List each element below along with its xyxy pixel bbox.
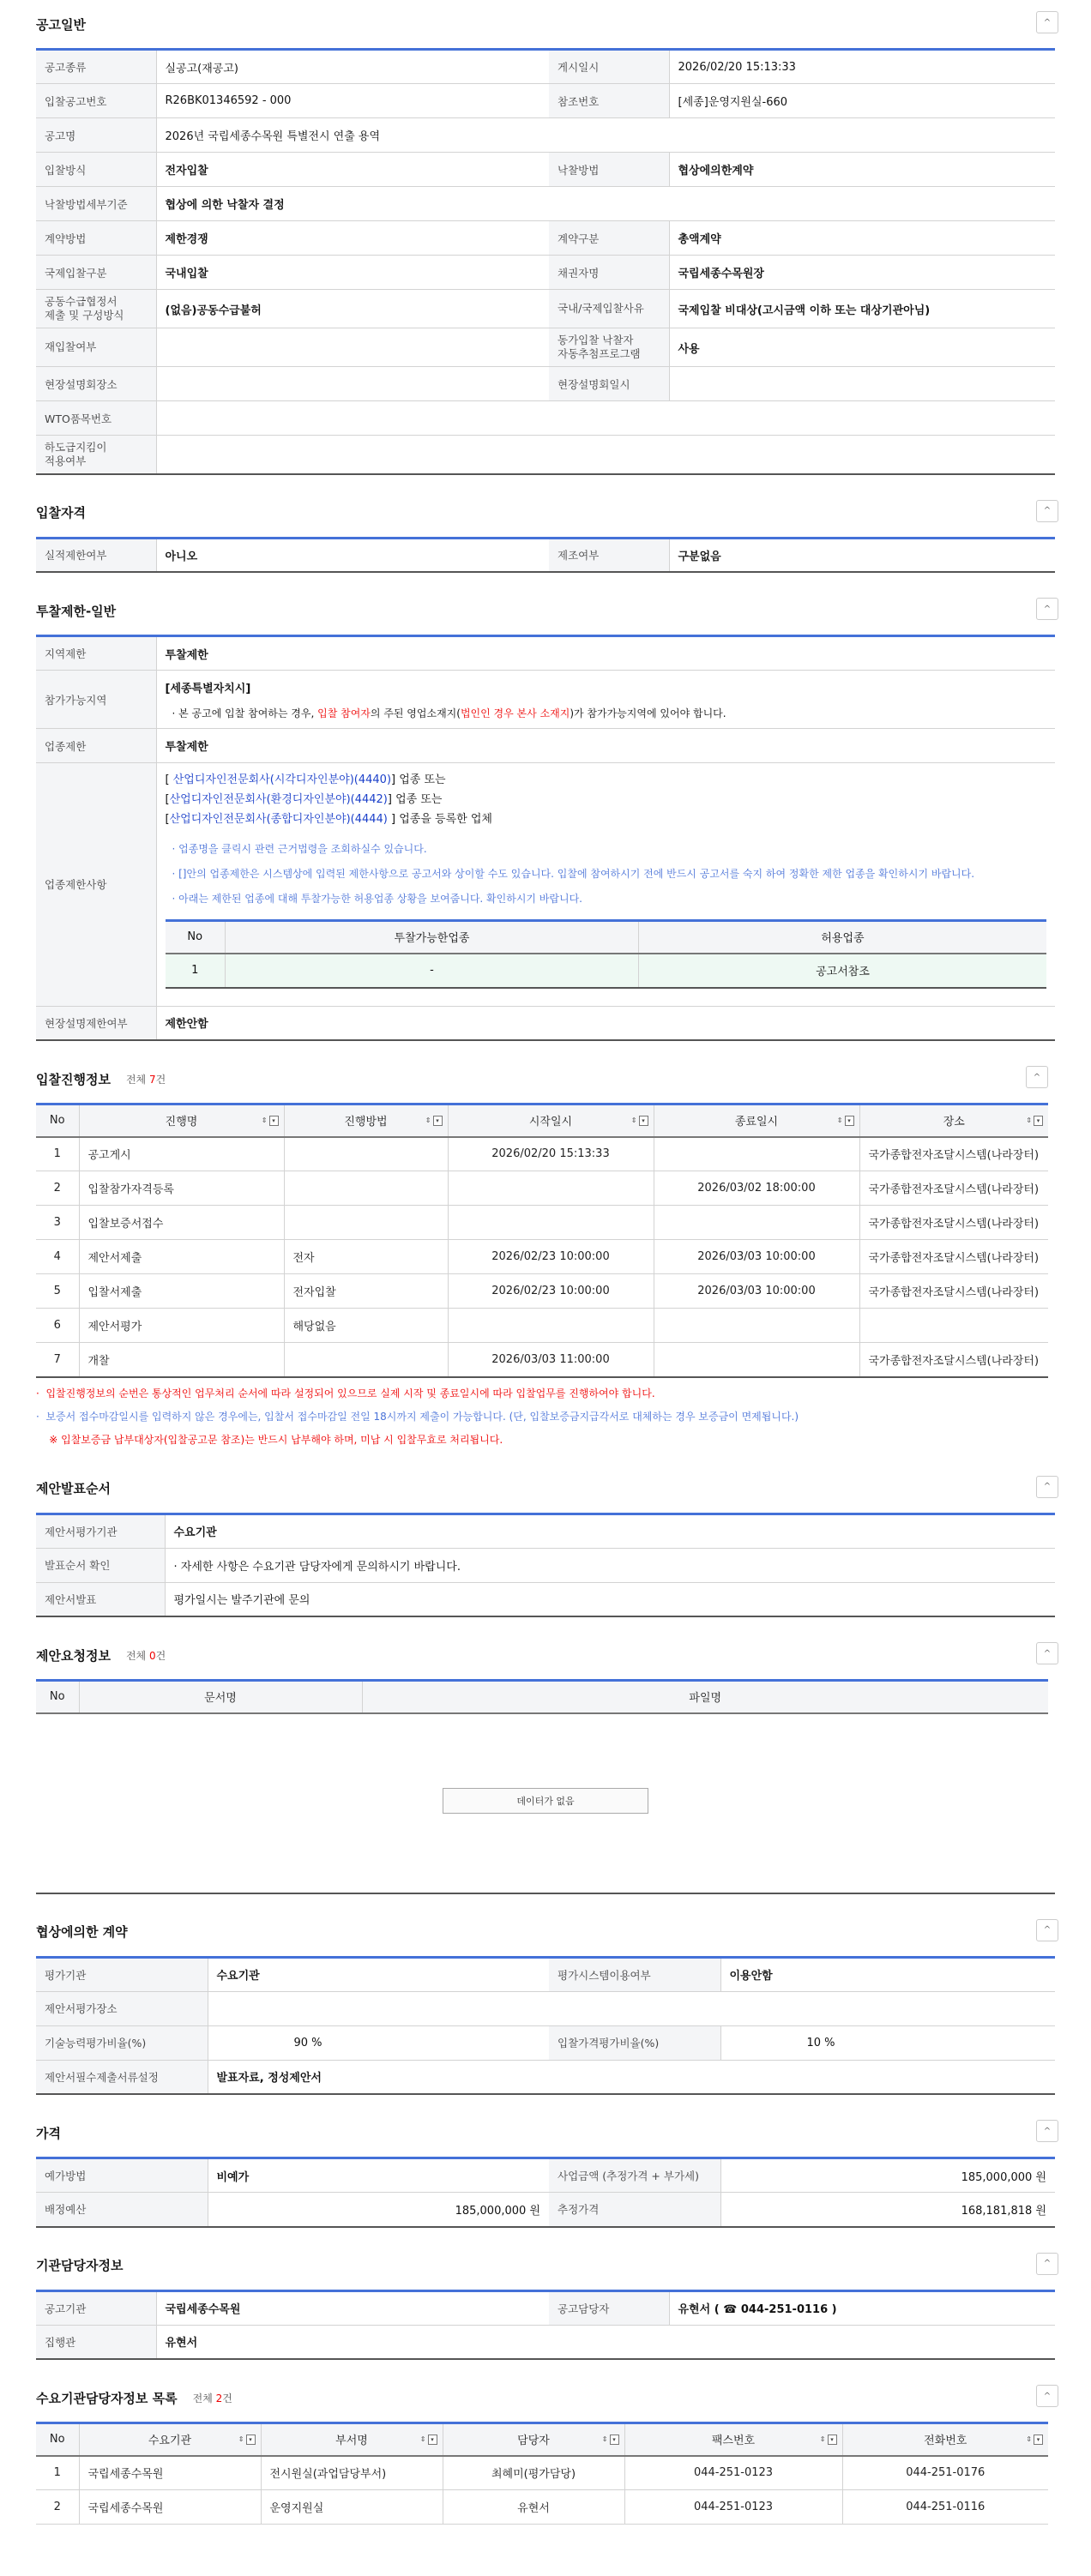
field-value: 국립세종수목원장	[669, 256, 1055, 290]
field-label: 평가기관	[36, 1957, 208, 1991]
column-header[interactable]: 진행명⇕▾	[79, 1104, 284, 1137]
info-row: 공고기관국립세종수목원공고담당자유현서 ( ☎ 044-251-0116 )	[36, 2290, 1055, 2325]
column-header: No	[166, 921, 226, 954]
info-row: 입찰방식전자입찰낙찰방법협상에의한계약	[36, 153, 1055, 187]
label-industry: 업종제한	[36, 729, 156, 763]
field-label: 국제입찰구분	[36, 256, 156, 290]
table-row: 1공고게시2026/02/20 15:13:33국가종합전자조달시스템(나라장터…	[36, 1137, 1048, 1171]
field-value: · 자세한 사항은 수요기관 담당자에게 문의하시기 바랍니다.	[165, 1548, 1055, 1582]
column-header[interactable]: 수요기관⇕▾	[79, 2423, 261, 2456]
sort-control[interactable]: ⇕▾	[1026, 2435, 1043, 2445]
field-label: 입찰가격평가비율(%)	[549, 2025, 720, 2060]
restriction-table: 지역제한 투찰제한 참가가능지역 [세종특별자치시] · 본 공고에 입찰 참여…	[36, 635, 1055, 1041]
collapse-button[interactable]: ^	[1036, 2253, 1058, 2275]
collapse-button[interactable]: ^	[1026, 1066, 1048, 1088]
field-value	[156, 436, 1055, 474]
field-value: 구분없음	[669, 538, 1055, 572]
table-cell	[654, 1309, 859, 1343]
column-header-label: 장소	[943, 1116, 965, 1129]
section-negotiation: 협상에의한 계약 ^ 평가기관수요기관평가시스템이용여부이용안함제안서평가장소기…	[36, 1908, 1055, 2096]
area-note: · 본 공고에 입찰 참여하는 경우, 입찰 참여자의 주된 영업소재지(법인인…	[166, 706, 1047, 720]
table-row: 5입찰서제출전자입찰2026/02/23 10:00:002026/03/03 …	[36, 1274, 1048, 1309]
sort-icon[interactable]: ⇕	[631, 1117, 637, 1124]
column-header: 허용업종	[639, 921, 1047, 954]
field-value: 비예가	[208, 2158, 549, 2193]
info-row: 제안서평가장소	[36, 1991, 1055, 2025]
table-cell: 2026/02/23 10:00:00	[448, 1240, 654, 1274]
field-value: 사용	[669, 328, 1055, 367]
column-header-label: 문서명	[204, 1692, 237, 1705]
column-header-label: 담당자	[517, 2435, 550, 2447]
field-value	[156, 367, 549, 401]
collapse-button[interactable]: ^	[1036, 2120, 1058, 2142]
section-contacts: 수요기관담당자정보 목록 전체 2건 ^ No수요기관⇕▾부서명⇕▾담당자⇕▾팩…	[36, 2374, 1055, 2576]
table-cell: 전자입찰	[284, 1274, 448, 1309]
section-title: 제안요청정보	[36, 1646, 111, 1664]
chevron-up-icon: ^	[1044, 1482, 1051, 1491]
column-header[interactable]: 진행방법⇕▾	[284, 1104, 448, 1137]
table-cell: 6	[36, 1309, 79, 1343]
info-row: 발표순서 확인· 자세한 사항은 수요기관 담당자에게 문의하시기 바랍니다.	[36, 1548, 1055, 1582]
field-value: 국립세종수목원	[156, 2290, 549, 2325]
table-cell: 입찰보증서접수	[79, 1206, 284, 1240]
field-value: 총액계약	[669, 221, 1055, 256]
table-cell: 2	[36, 1171, 79, 1206]
column-header-label: No	[50, 1114, 65, 1127]
column-header-label: 진행명	[166, 1116, 198, 1129]
chevron-up-icon: ^	[1044, 1925, 1051, 1935]
industry-notes: · 업종명을 클릭시 관련 근거법령을 조회하실수 있습니다.· []안의 업종…	[166, 828, 1047, 911]
agency-table: 공고기관국립세종수목원공고담당자유현서 ( ☎ 044-251-0116 )집행…	[36, 2290, 1055, 2361]
sort-icon[interactable]: ⇕	[262, 1117, 268, 1124]
industry-link[interactable]: 산업디자인전문회사(시각디자인분야)(4440)	[173, 773, 391, 786]
filter-dropdown-icon[interactable]: ▾	[246, 2435, 256, 2445]
value-region: 투찰제한	[156, 636, 1055, 671]
collapse-button[interactable]: ^	[1036, 2385, 1058, 2407]
sort-icon[interactable]: ⇕	[602, 2436, 608, 2443]
table-cell: 2	[36, 2490, 79, 2525]
sort-icon[interactable]: ⇕	[1026, 1117, 1032, 1124]
chevron-up-icon: ^	[1044, 605, 1051, 614]
sort-control[interactable]: ⇕▾	[262, 1116, 279, 1126]
field-value: 185,000,000 원	[208, 2193, 549, 2227]
sort-icon[interactable]: ⇕	[425, 1117, 431, 1124]
info-row: 공고종류실공고(재공고)게시일시2026/02/20 15:13:33	[36, 50, 1055, 84]
section-progress: 입찰진행정보 전체 7건 ^ No진행명⇕▾진행방법⇕▾시작일시⇕▾종료일시⇕▾…	[36, 1055, 1055, 1451]
field-label: 사업금액 (추정가격 + 부가세)	[549, 2158, 720, 2193]
info-row: 실적제한여부아니오제조여부구분없음	[36, 538, 1055, 572]
chevron-up-icon: ^	[1034, 1073, 1040, 1082]
table-cell	[654, 1137, 859, 1171]
table-cell: 2026/02/23 10:00:00	[448, 1274, 654, 1309]
field-label: 입찰방식	[36, 153, 156, 187]
collapse-button[interactable]: ^	[1036, 1919, 1058, 1941]
section-title: 투찰제한-일반	[36, 602, 116, 620]
field-label: 계약방법	[36, 221, 156, 256]
info-row: 재입찰여부동가입찰 낙찰자자동추첨프로그램사용	[36, 328, 1055, 367]
column-header[interactable]: 시작일시⇕▾	[448, 1104, 654, 1137]
section-title: 입찰자격	[36, 503, 86, 521]
field-label: 현장설명회일시	[549, 367, 669, 401]
field-label: 추정가격	[549, 2193, 720, 2227]
collapse-button[interactable]: ^	[1036, 598, 1058, 620]
table-cell	[284, 1171, 448, 1206]
table-cell: 전자	[284, 1240, 448, 1274]
label-site: 현장설명제한여부	[36, 1006, 156, 1040]
table-cell: 국립세종수목원	[79, 2490, 261, 2525]
field-label: 공고기관	[36, 2290, 156, 2325]
table-cell: 해당없음	[284, 1309, 448, 1343]
section-presentation: 제안발표순서 ^ 제안서평가기관수요기관발표순서 확인· 자세한 사항은 수요기…	[36, 1465, 1055, 1618]
contacts-table: No수요기관⇕▾부서명⇕▾담당자⇕▾팩스번호⇕▾전화번호⇕▾1국립세종수목원전시…	[36, 2422, 1048, 2525]
field-label: 게시일시	[549, 50, 669, 84]
field-label: 채권자명	[549, 256, 669, 290]
section-title: 공고일반	[36, 15, 86, 33]
industry-link[interactable]: 산업디자인전문회사(종합디자인분야)(4444)	[170, 813, 388, 826]
info-row: 기술능력평가비율(%)90 %입찰가격평가비율(%)10 %	[36, 2025, 1055, 2060]
table-cell	[654, 1343, 859, 1377]
table-cell: 5	[36, 1274, 79, 1309]
table-cell: 4	[36, 1240, 79, 1274]
info-row: 국제입찰구분국내입찰채권자명국립세종수목원장	[36, 256, 1055, 290]
sort-control[interactable]: ⇕▾	[820, 2435, 837, 2445]
bracket: [	[166, 773, 173, 786]
column-header: No	[36, 2423, 79, 2456]
field-value: 협상에의한계약	[669, 153, 1055, 187]
industry-list: [ 산업디자인전문회사(시각디자인분야)(4440)] 업종 또는[산업디자인전…	[166, 768, 1047, 828]
field-value: 168,181,818 원	[720, 2193, 1055, 2227]
field-label: 국내/국제입찰사유	[549, 290, 669, 328]
column-header[interactable]: 팩스번호⇕▾	[624, 2423, 842, 2456]
table-row: 2국립세종수목원운영지원실유현서044-251-0123044-251-0116	[36, 2490, 1048, 2525]
filter-dropdown-icon[interactable]: ▾	[428, 2435, 437, 2445]
table-cell	[448, 1206, 654, 1240]
progress-notices: · 입찰진행정보의 순번은 통상적인 업무처리 순서에 따라 설정되어 있으므로…	[36, 1378, 1055, 1451]
field-label: WTO품목번호	[36, 401, 156, 436]
field-label: 동가입찰 낙찰자자동추첨프로그램	[549, 328, 669, 367]
table-cell: 1	[166, 954, 226, 988]
table-row: 4제안서제출전자2026/02/23 10:00:002026/03/03 10…	[36, 1240, 1048, 1274]
table-cell	[284, 1137, 448, 1171]
filter-dropdown-icon[interactable]: ▾	[845, 1116, 854, 1126]
section-restriction: 투찰제한-일반 ^ 지역제한 투찰제한 참가가능지역 [세종특별자치시] · 본…	[36, 587, 1055, 1041]
table-cell: 국가종합전자조달시스템(나라장터)	[859, 1171, 1048, 1206]
table-cell: -	[226, 954, 639, 988]
filter-dropdown-icon[interactable]: ▾	[610, 2435, 619, 2445]
table-cell: 044-251-0176	[842, 2456, 1048, 2490]
industry-suffix: 업종을 등록한 업체	[395, 813, 492, 826]
industry-link[interactable]: 산업디자인전문회사(환경디자인분야)(4442)	[170, 793, 388, 806]
column-header-label: No	[50, 2433, 65, 2446]
column-header[interactable]: 장소⇕▾	[859, 1104, 1048, 1137]
column-header-label: No	[50, 1690, 65, 1703]
sort-control[interactable]: ⇕▾	[602, 2435, 619, 2445]
table-cell: 국가종합전자조달시스템(나라장터)	[859, 1206, 1048, 1240]
chevron-up-icon: ^	[1044, 1649, 1051, 1658]
field-value: 90 %	[208, 2025, 549, 2060]
sort-icon[interactable]: ⇕	[1026, 2436, 1032, 2443]
industry-item: [ 산업디자인전문회사(시각디자인분야)(4440)] 업종 또는	[166, 768, 1047, 788]
info-row: 제안서필수제출서류설정발표자료, 정성제안서	[36, 2060, 1055, 2094]
value-area: [세종특별자치시]	[166, 679, 1047, 706]
field-value: 아니오	[156, 538, 549, 572]
table-cell: 044-251-0123	[624, 2490, 842, 2525]
presentation-table: 제안서평가기관수요기관발표순서 확인· 자세한 사항은 수요기관 담당자에게 문…	[36, 1513, 1055, 1618]
sort-control[interactable]: ⇕▾	[425, 1116, 443, 1126]
table-cell: 최혜미(평가담당)	[443, 2456, 624, 2490]
info-row: 낙찰방법세부기준협상에 의한 낙찰자 결정	[36, 187, 1055, 221]
filter-dropdown-icon[interactable]: ▾	[269, 1116, 279, 1126]
sort-control[interactable]: ⇕▾	[837, 1116, 854, 1126]
field-label: 배정예산	[36, 2193, 208, 2227]
table-cell	[859, 1309, 1048, 1343]
sort-control[interactable]: ⇕▾	[631, 1116, 648, 1126]
field-value: 2026년 국립세종수목원 특별전시 연출 용역	[156, 118, 1055, 153]
table-cell: 제안서평가	[79, 1309, 284, 1343]
no-data-message: 데이터가 없음	[443, 1788, 648, 1814]
field-value	[208, 1991, 1055, 2025]
table-cell: 2026/03/02 18:00:00	[654, 1171, 859, 1206]
field-value: 이용안함	[720, 1957, 1055, 1991]
column-header-label: 시작일시	[529, 1116, 572, 1129]
table-cell: 2026/02/20 15:13:33	[448, 1137, 654, 1171]
field-label: 집행관	[36, 2325, 156, 2359]
table-cell: 입찰서제출	[79, 1274, 284, 1309]
column-header: 문서명	[79, 1681, 362, 1713]
field-value: 수요기관	[165, 1514, 1055, 1548]
filter-dropdown-icon[interactable]: ▾	[1034, 2435, 1043, 2445]
section-general: 공고일반 ^ 공고종류실공고(재공고)게시일시2026/02/20 15:13:…	[36, 0, 1055, 475]
chevron-up-icon: ^	[1044, 2392, 1051, 2401]
field-label: 입찰공고번호	[36, 84, 156, 118]
column-header-label: 파일명	[689, 1692, 721, 1705]
field-value: 국제입찰 비대상(고시금액 이하 또는 대상기관아님)	[669, 290, 1055, 328]
info-row: WTO품목번호	[36, 401, 1055, 436]
filter-dropdown-icon[interactable]: ▾	[828, 2435, 837, 2445]
field-value: 수요기관	[208, 1957, 549, 1991]
column-header-label: 진행방법	[344, 1116, 387, 1129]
field-value: 185,000,000 원	[720, 2158, 1055, 2193]
section-title: 입찰진행정보	[36, 1070, 111, 1088]
notice-line: · 보증서 접수마감일시를 입력하지 않은 경우에는, 입찰서 접수마감일 전일…	[36, 1405, 1055, 1428]
field-value: 2026/02/20 15:13:33	[669, 50, 1055, 84]
info-row: 집행관유현서	[36, 2325, 1055, 2359]
table-cell: 2026/03/03 11:00:00	[448, 1343, 654, 1377]
filter-dropdown-icon[interactable]: ▾	[433, 1116, 443, 1126]
table-row: 1국립세종수목원전시원실(과업담당부서)최혜미(평가담당)044-251-012…	[36, 2456, 1048, 2490]
industry-suffix: 업종 또는	[392, 793, 443, 806]
field-label: 기술능력평가비율(%)	[36, 2025, 208, 2060]
field-label: 공고담당자	[549, 2290, 669, 2325]
info-row: 제안서발표평가일시는 발주기관에 문의	[36, 1582, 1055, 1616]
field-value	[156, 401, 1055, 436]
field-label: 평가시스템이용여부	[549, 1957, 720, 1991]
sort-icon[interactable]: ⇕	[837, 1117, 843, 1124]
field-label: 공고종류	[36, 50, 156, 84]
industry-item: [산업디자인전문회사(환경디자인분야)(4442)] 업종 또는	[166, 788, 1047, 808]
table-row: 7개찰2026/03/03 11:00:00국가종합전자조달시스템(나라장터)	[36, 1343, 1048, 1377]
table-cell: 2026/03/03 10:00:00	[654, 1274, 859, 1309]
field-value: 유현서	[156, 2325, 1055, 2359]
table-cell: 전시원실(과업담당부서)	[261, 2456, 443, 2490]
total-count: 전체 0건	[126, 1648, 166, 1663]
table-row: 3입찰보증서접수국가종합전자조달시스템(나라장터)	[36, 1206, 1048, 1240]
info-row: 평가기관수요기관평가시스템이용여부이용안함	[36, 1957, 1055, 1991]
bracket: ]	[388, 813, 395, 826]
chevron-up-icon: ^	[1044, 506, 1051, 515]
section-title: 가격	[36, 2124, 61, 2142]
section-agency: 기관담당자정보 ^ 공고기관국립세종수목원공고담당자유현서 ( ☎ 044-25…	[36, 2242, 1055, 2361]
column-header-label: 수요기관	[148, 2435, 191, 2447]
info-row: 입찰공고번호R26BK01346592 - 000참조번호[세종]운영지원실-6…	[36, 84, 1055, 118]
field-label: 예가방법	[36, 2158, 208, 2193]
progress-table: No진행명⇕▾진행방법⇕▾시작일시⇕▾종료일시⇕▾장소⇕▾1공고게시2026/0…	[36, 1103, 1048, 1378]
filter-dropdown-icon[interactable]: ▾	[1034, 1116, 1043, 1126]
section-title: 수요기관담당자정보 목록	[36, 2389, 178, 2407]
field-label: 계약구분	[549, 221, 669, 256]
table-cell	[284, 1343, 448, 1377]
industry-suffix: 업종 또는	[395, 773, 446, 786]
section-price: 가격 ^ 예가방법비예가사업금액 (추정가격 + 부가세)185,000,000…	[36, 2109, 1055, 2228]
sort-control[interactable]: ⇕▾	[238, 2435, 256, 2445]
table-cell: 국가종합전자조달시스템(나라장터)	[859, 1343, 1048, 1377]
info-row: 하도급지킴이적용여부	[36, 436, 1055, 474]
column-header-label: 전화번호	[924, 2435, 967, 2447]
field-label: 참조번호	[549, 84, 669, 118]
label-area: 참가가능지역	[36, 671, 156, 729]
field-label: 하도급지킴이적용여부	[36, 436, 156, 474]
field-value: 전자입찰	[156, 153, 549, 187]
table-cell: 7	[36, 1343, 79, 1377]
table-cell: 044-251-0116	[842, 2490, 1048, 2525]
general-info-table: 공고종류실공고(재공고)게시일시2026/02/20 15:13:33입찰공고번…	[36, 48, 1055, 475]
field-value: 협상에 의한 낙찰자 결정	[156, 187, 1055, 221]
value-industry: 투찰제한	[156, 729, 1055, 763]
field-label: 제안서필수제출서류설정	[36, 2060, 208, 2094]
collapse-button[interactable]: ^	[1036, 500, 1058, 522]
field-label: 제안서평가장소	[36, 1991, 208, 2025]
sort-icon[interactable]: ⇕	[420, 2436, 426, 2443]
sort-icon[interactable]: ⇕	[820, 2436, 826, 2443]
field-value: 실공고(재공고)	[156, 50, 549, 84]
field-label: 낙찰방법	[549, 153, 669, 187]
table-cell	[654, 1206, 859, 1240]
info-row: 계약방법제한경쟁계약구분총액계약	[36, 221, 1055, 256]
field-value	[669, 367, 1055, 401]
table-cell: 1	[36, 2456, 79, 2490]
column-header[interactable]: 종료일시⇕▾	[654, 1104, 859, 1137]
table-cell: 제안서제출	[79, 1240, 284, 1274]
industry-item: [산업디자인전문회사(종합디자인분야)(4444) ] 업종을 등록한 업체	[166, 808, 1047, 828]
field-value: [세종]운영지원실-660	[669, 84, 1055, 118]
table-cell: 국가종합전자조달시스템(나라장터)	[859, 1274, 1048, 1309]
column-header: 파일명	[362, 1681, 1048, 1713]
field-value: 발표자료, 정성제안서	[208, 2060, 1055, 2094]
field-value: R26BK01346592 - 000	[156, 84, 549, 118]
empty-area: 데이터가 없음	[36, 1714, 1055, 1894]
field-label: 공고명	[36, 118, 156, 153]
column-header-label: 팩스번호	[712, 2435, 755, 2447]
table-cell: 입찰참가자격등록	[79, 1171, 284, 1206]
field-value: 국내입찰	[156, 256, 549, 290]
field-value: (없음)공동수급불허	[156, 290, 549, 328]
filter-dropdown-icon[interactable]: ▾	[639, 1116, 648, 1126]
column-header: No	[36, 1681, 79, 1713]
table-row: 1-공고서참조	[166, 954, 1047, 988]
column-header[interactable]: 담당자⇕▾	[443, 2423, 624, 2456]
section-title: 기관담당자정보	[36, 2256, 123, 2274]
section-title: 제안발표순서	[36, 1479, 111, 1497]
table-row: 6제안서평가해당없음	[36, 1309, 1048, 1343]
section-proposal-request: 제안요청정보 전체 0건 ^ No문서명파일명 데이터가 없음	[36, 1631, 1055, 1894]
table-cell: 공고게시	[79, 1137, 284, 1171]
table-cell: 2026/03/03 10:00:00	[654, 1240, 859, 1274]
field-label: 제안서평가기관	[36, 1514, 165, 1548]
collapse-button[interactable]: ^	[1036, 1642, 1058, 1664]
label-industry-detail: 업종제한사항	[36, 763, 156, 1007]
column-header: 투찰가능한업종	[226, 921, 639, 954]
notice-line: · 입찰진행정보의 순번은 통상적인 업무처리 순서에 따라 설정되어 있으므로…	[36, 1381, 1055, 1405]
info-row: 공고명2026년 국립세종수목원 특별전시 연출 용역	[36, 118, 1055, 153]
field-label: 실적제한여부	[36, 538, 156, 572]
column-header-label: 부서명	[335, 2435, 368, 2447]
info-row: 제안서평가기관수요기관	[36, 1514, 1055, 1548]
table-cell: 국가종합전자조달시스템(나라장터)	[859, 1137, 1048, 1171]
table-cell: 공고서참조	[639, 954, 1047, 988]
total-count: 전체 2건	[193, 2391, 232, 2405]
sort-icon[interactable]: ⇕	[238, 2436, 244, 2443]
proposal-request-table: No문서명파일명	[36, 1679, 1048, 1714]
table-cell: 3	[36, 1206, 79, 1240]
negotiation-table: 평가기관수요기관평가시스템이용여부이용안함제안서평가장소기술능력평가비율(%)9…	[36, 1956, 1055, 2096]
field-label: 낙찰방법세부기준	[36, 187, 156, 221]
field-label: 제조여부	[549, 538, 669, 572]
column-header[interactable]: 전화번호⇕▾	[842, 2423, 1048, 2456]
table-cell: 국가종합전자조달시스템(나라장터)	[859, 1240, 1048, 1274]
table-cell	[448, 1171, 654, 1206]
info-row: 공동수급협정서제출 및 구성방식(없음)공동수급불허국내/국제입찰사유국제입찰 …	[36, 290, 1055, 328]
qualification-table: 실적제한여부아니오제조여부구분없음	[36, 537, 1055, 574]
sort-control[interactable]: ⇕▾	[1026, 1116, 1043, 1126]
column-header[interactable]: 부서명⇕▾	[261, 2423, 443, 2456]
chevron-up-icon: ^	[1044, 2259, 1051, 2268]
field-value: 유현서 ( ☎ 044-251-0116 )	[669, 2290, 1055, 2325]
field-label: 현장설명회장소	[36, 367, 156, 401]
info-row: 예가방법비예가사업금액 (추정가격 + 부가세)185,000,000 원	[36, 2158, 1055, 2193]
price-table: 예가방법비예가사업금액 (추정가격 + 부가세)185,000,000 원배정예…	[36, 2157, 1055, 2228]
table-cell: 044-251-0123	[624, 2456, 842, 2490]
field-label: 공동수급협정서제출 및 구성방식	[36, 290, 156, 328]
collapse-button[interactable]: ^	[1036, 11, 1058, 33]
column-header-label: 종료일시	[735, 1116, 778, 1129]
info-row: 배정예산185,000,000 원추정가격168,181,818 원	[36, 2193, 1055, 2227]
chevron-up-icon: ^	[1044, 2127, 1051, 2136]
field-value: 10 %	[720, 2025, 1055, 2060]
column-header: No	[36, 1104, 79, 1137]
table-cell: 1	[36, 1137, 79, 1171]
label-region: 지역제한	[36, 636, 156, 671]
field-value	[156, 328, 549, 367]
field-value: 제한경쟁	[156, 221, 549, 256]
table-cell: 유현서	[443, 2490, 624, 2525]
value-site: 제한안함	[156, 1006, 1055, 1040]
collapse-button[interactable]: ^	[1036, 1476, 1058, 1498]
field-label: 제안서발표	[36, 1582, 165, 1616]
table-cell: 국립세종수목원	[79, 2456, 261, 2490]
field-label: 발표순서 확인	[36, 1548, 165, 1582]
sort-control[interactable]: ⇕▾	[420, 2435, 437, 2445]
notice-line: · 업종명을 클릭시 관련 근거법령을 조회하실수 있습니다.	[172, 836, 1047, 861]
